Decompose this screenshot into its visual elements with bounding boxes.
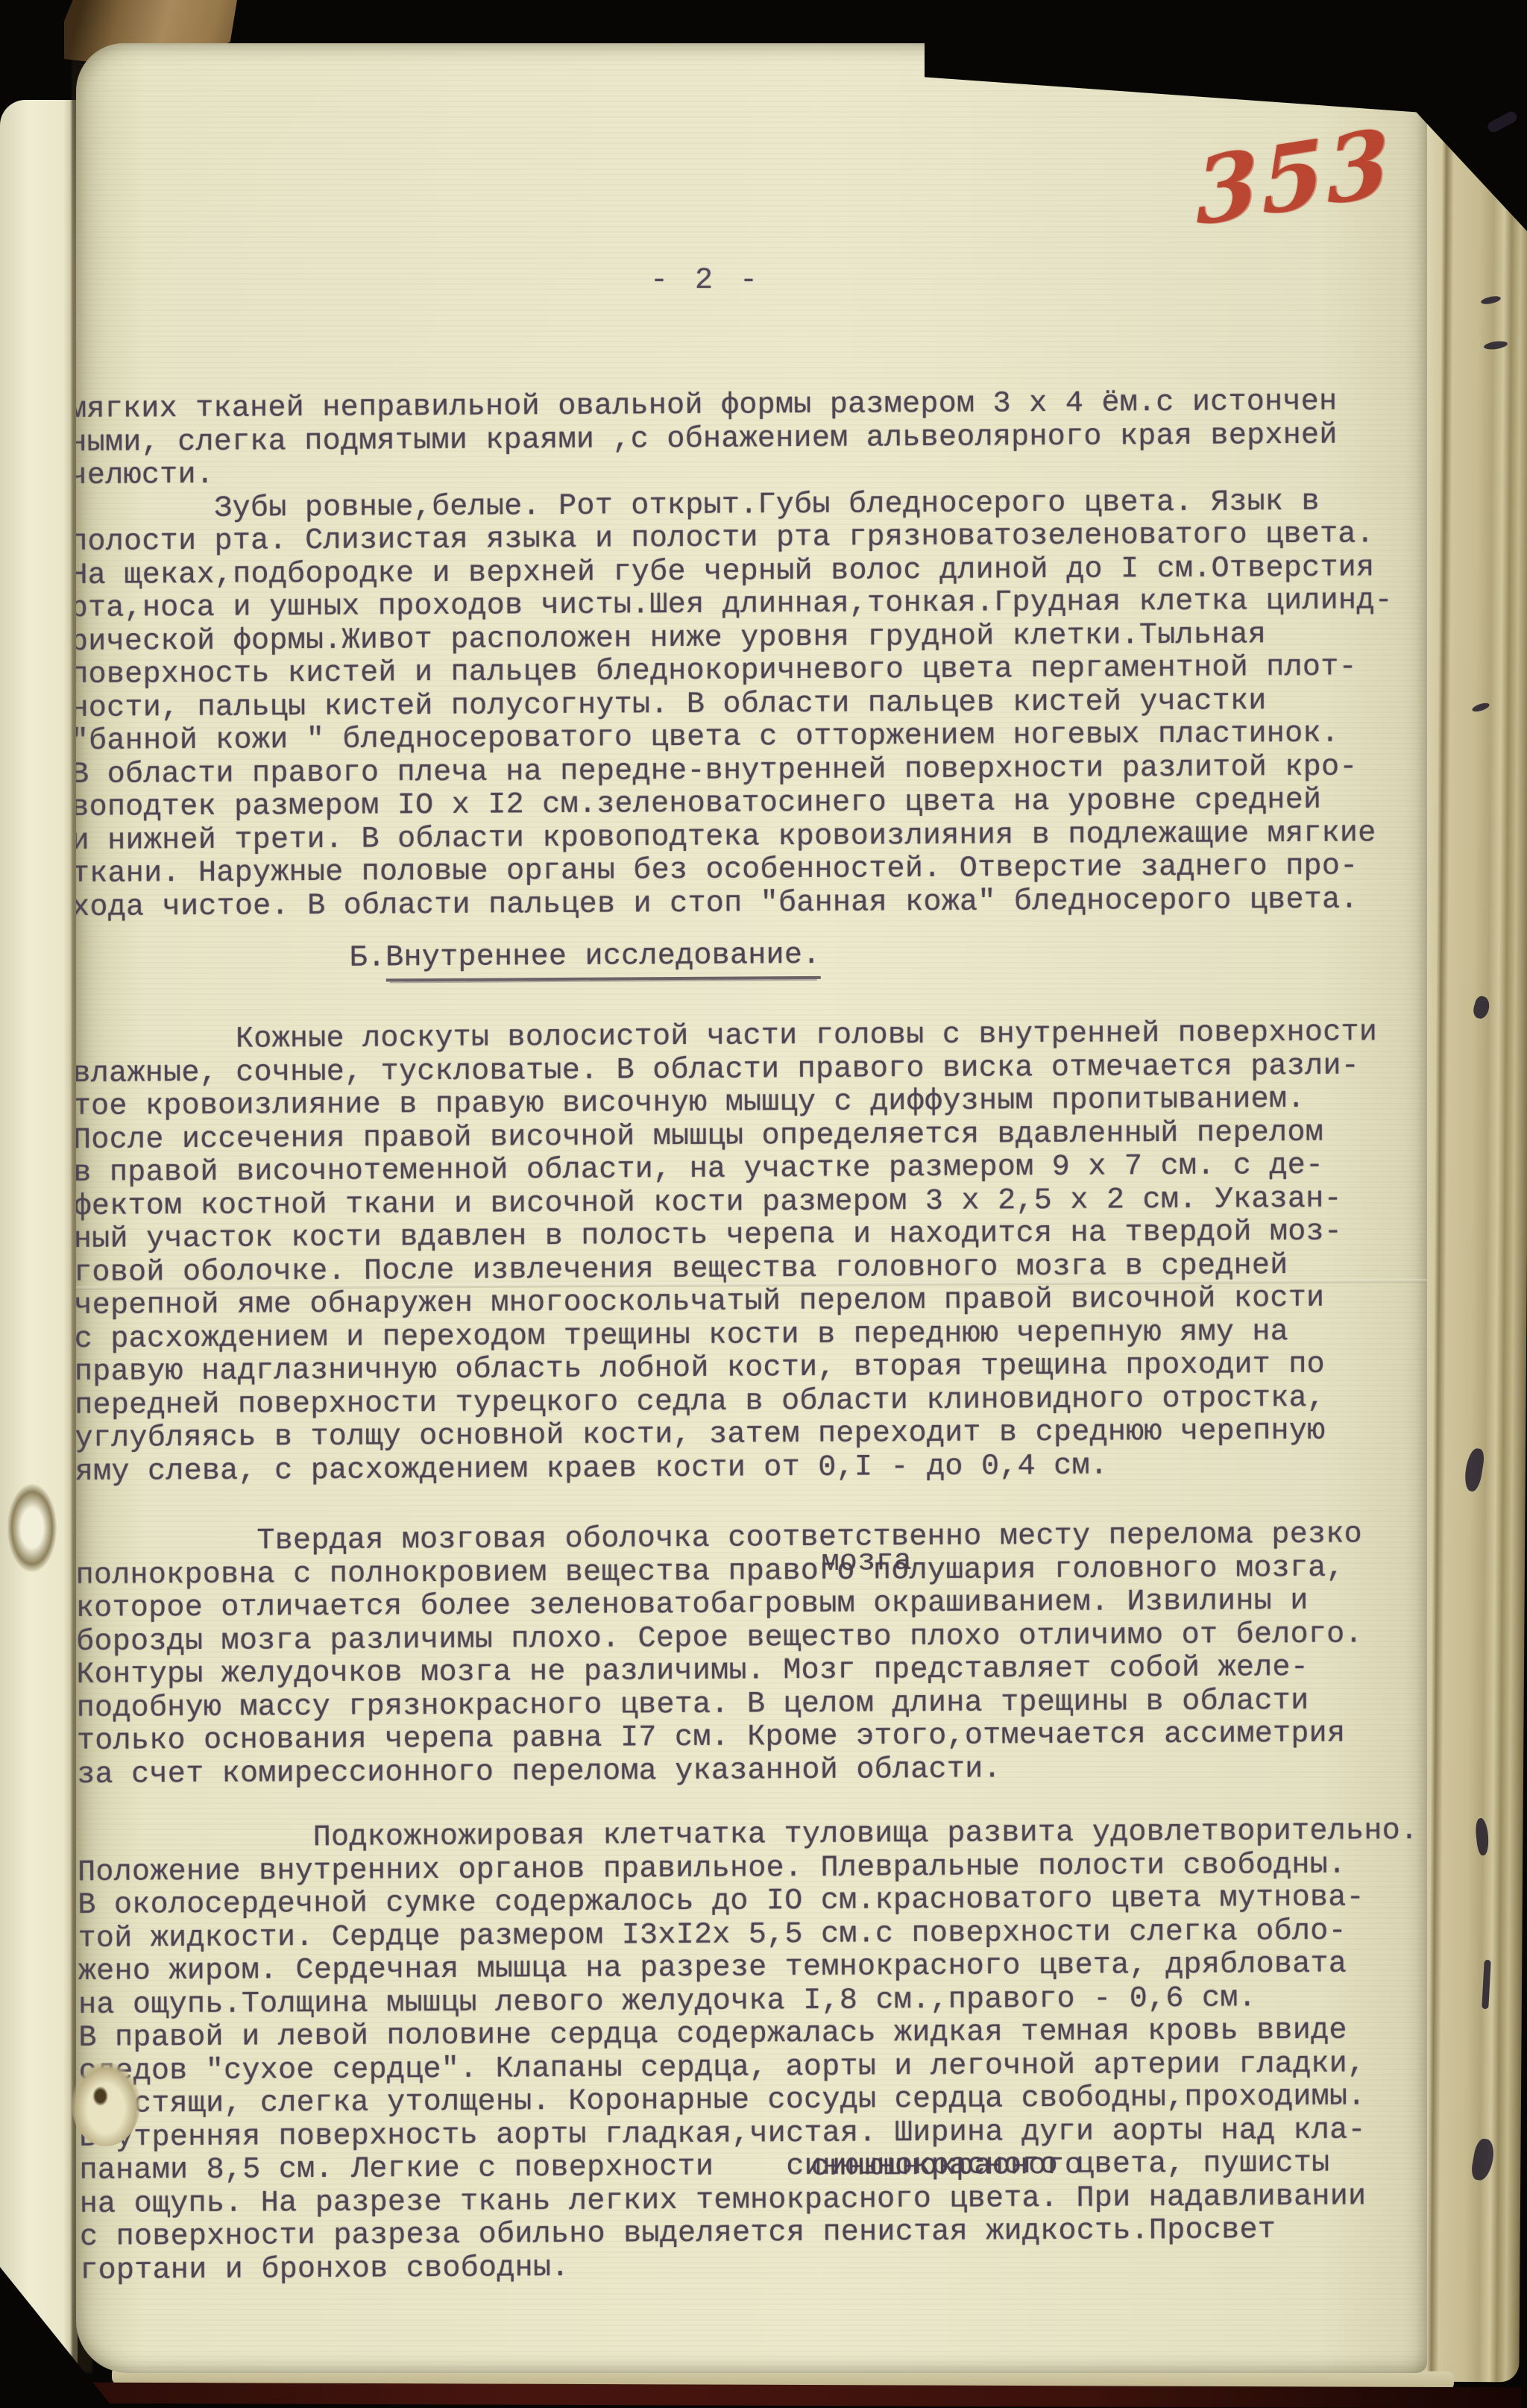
paper-damage-spot [72, 2063, 140, 2146]
document-page: 353 - 2 - мягких тканей неправильной ова… [76, 43, 1427, 2373]
paragraph-external-examination: мягких тканей неправильной овальной форм… [76, 386, 1427, 925]
heading-underlined-text: Внутреннее исследование. [385, 939, 821, 982]
text-line: гортани и бронхов свободны. [80, 2246, 1427, 2288]
book-cover-edge [82, 2383, 1521, 2408]
photographed-archive-background: { "page": { "folio_number": "353", "page… [0, 0, 1527, 2408]
page-number: - 2 - [650, 264, 762, 298]
folio-number-handwritten: 353 [1194, 116, 1394, 239]
text-line: хода чистое. В области пальцев и стоп "б… [76, 883, 1427, 925]
overtyped-word-sinyushno: синюшнокрасного [810, 2150, 1083, 2185]
text-line: за счет комирессионного перелома указанн… [77, 1750, 1427, 1792]
scan-scene: 353 - 2 - мягких тканей неправильной ова… [0, 0, 1527, 2408]
paper-damage-spot [7, 1484, 57, 1572]
paragraph-skull-findings: Кожные лоскуты волосистой части головы с… [76, 1016, 1427, 1489]
paragraph-thorax-findings: Подкожножировая клетчатка туловища разви… [78, 1815, 1427, 2288]
typewritten-text-block: мягких тканей неправильной овальной форм… [76, 386, 1427, 2288]
previous-page-edge [0, 100, 78, 2367]
section-heading-internal-examination: Б.Внутреннее исследование. [76, 934, 1427, 978]
overtyped-word-mozga: мозга [821, 1546, 912, 1580]
paragraph-brain-findings: Твердая мозговая оболочка соответственно… [76, 1518, 1427, 1792]
heading-prefix: Б. [349, 941, 385, 975]
text-line: яму слева, с расхождением краев кости от… [76, 1447, 1427, 1489]
